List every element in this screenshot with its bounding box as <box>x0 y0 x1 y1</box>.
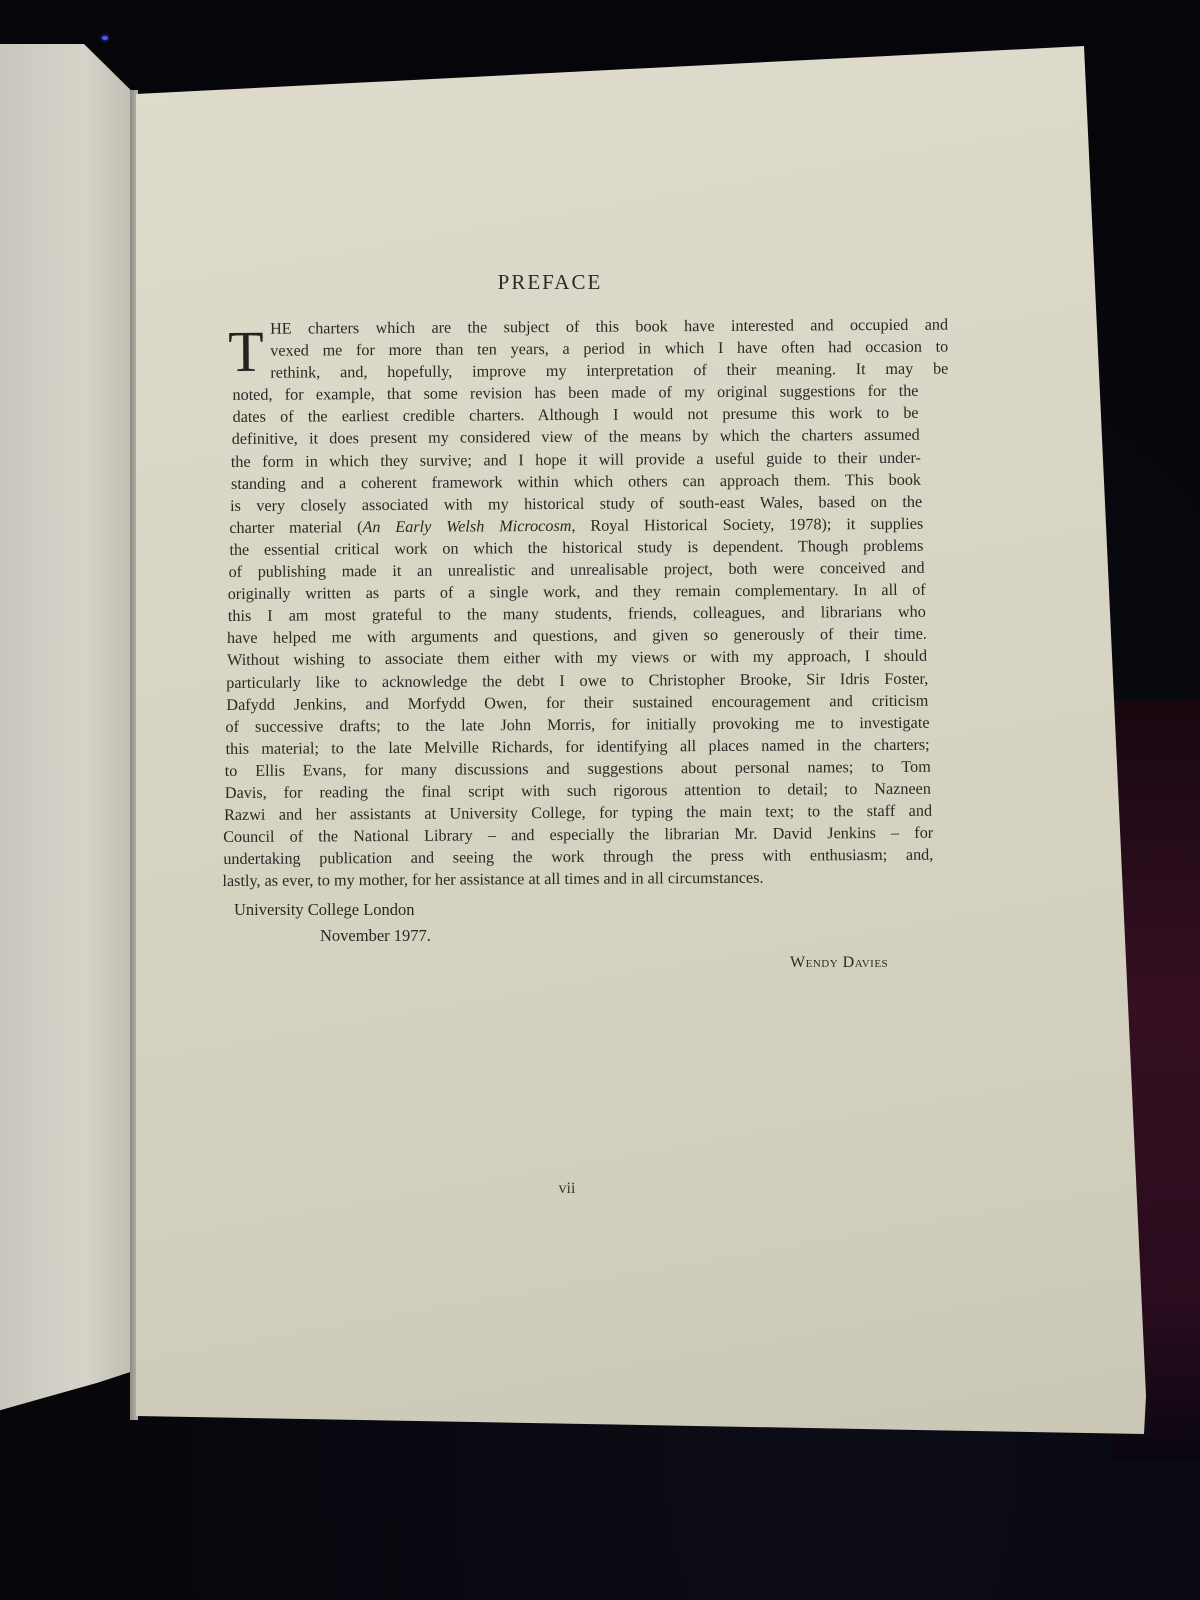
book-photo-scene: PREFACE T HE charters which are the subj… <box>0 0 1200 1600</box>
cited-book-title: An Early Welsh Microcosm <box>362 517 571 536</box>
page-text: PREFACE T HE charters which are the subj… <box>0 0 1200 1600</box>
signoff-date: November 1977. <box>320 926 431 946</box>
body-line-end: , Royal Historical Society, 1978); it su… <box>571 515 923 535</box>
drop-cap: T <box>228 326 264 378</box>
body-line: lastly, as ever, to my mother, for her a… <box>222 866 934 892</box>
page-number: vii <box>552 1180 582 1198</box>
page-title: PREFACE <box>470 270 630 295</box>
signoff-author: Wendy Davies <box>790 954 888 972</box>
preface-body: T HE charters which are the subject of t… <box>222 314 945 893</box>
signoff-place: University College London <box>234 900 415 920</box>
body-line-start: charter material ( <box>229 518 362 537</box>
